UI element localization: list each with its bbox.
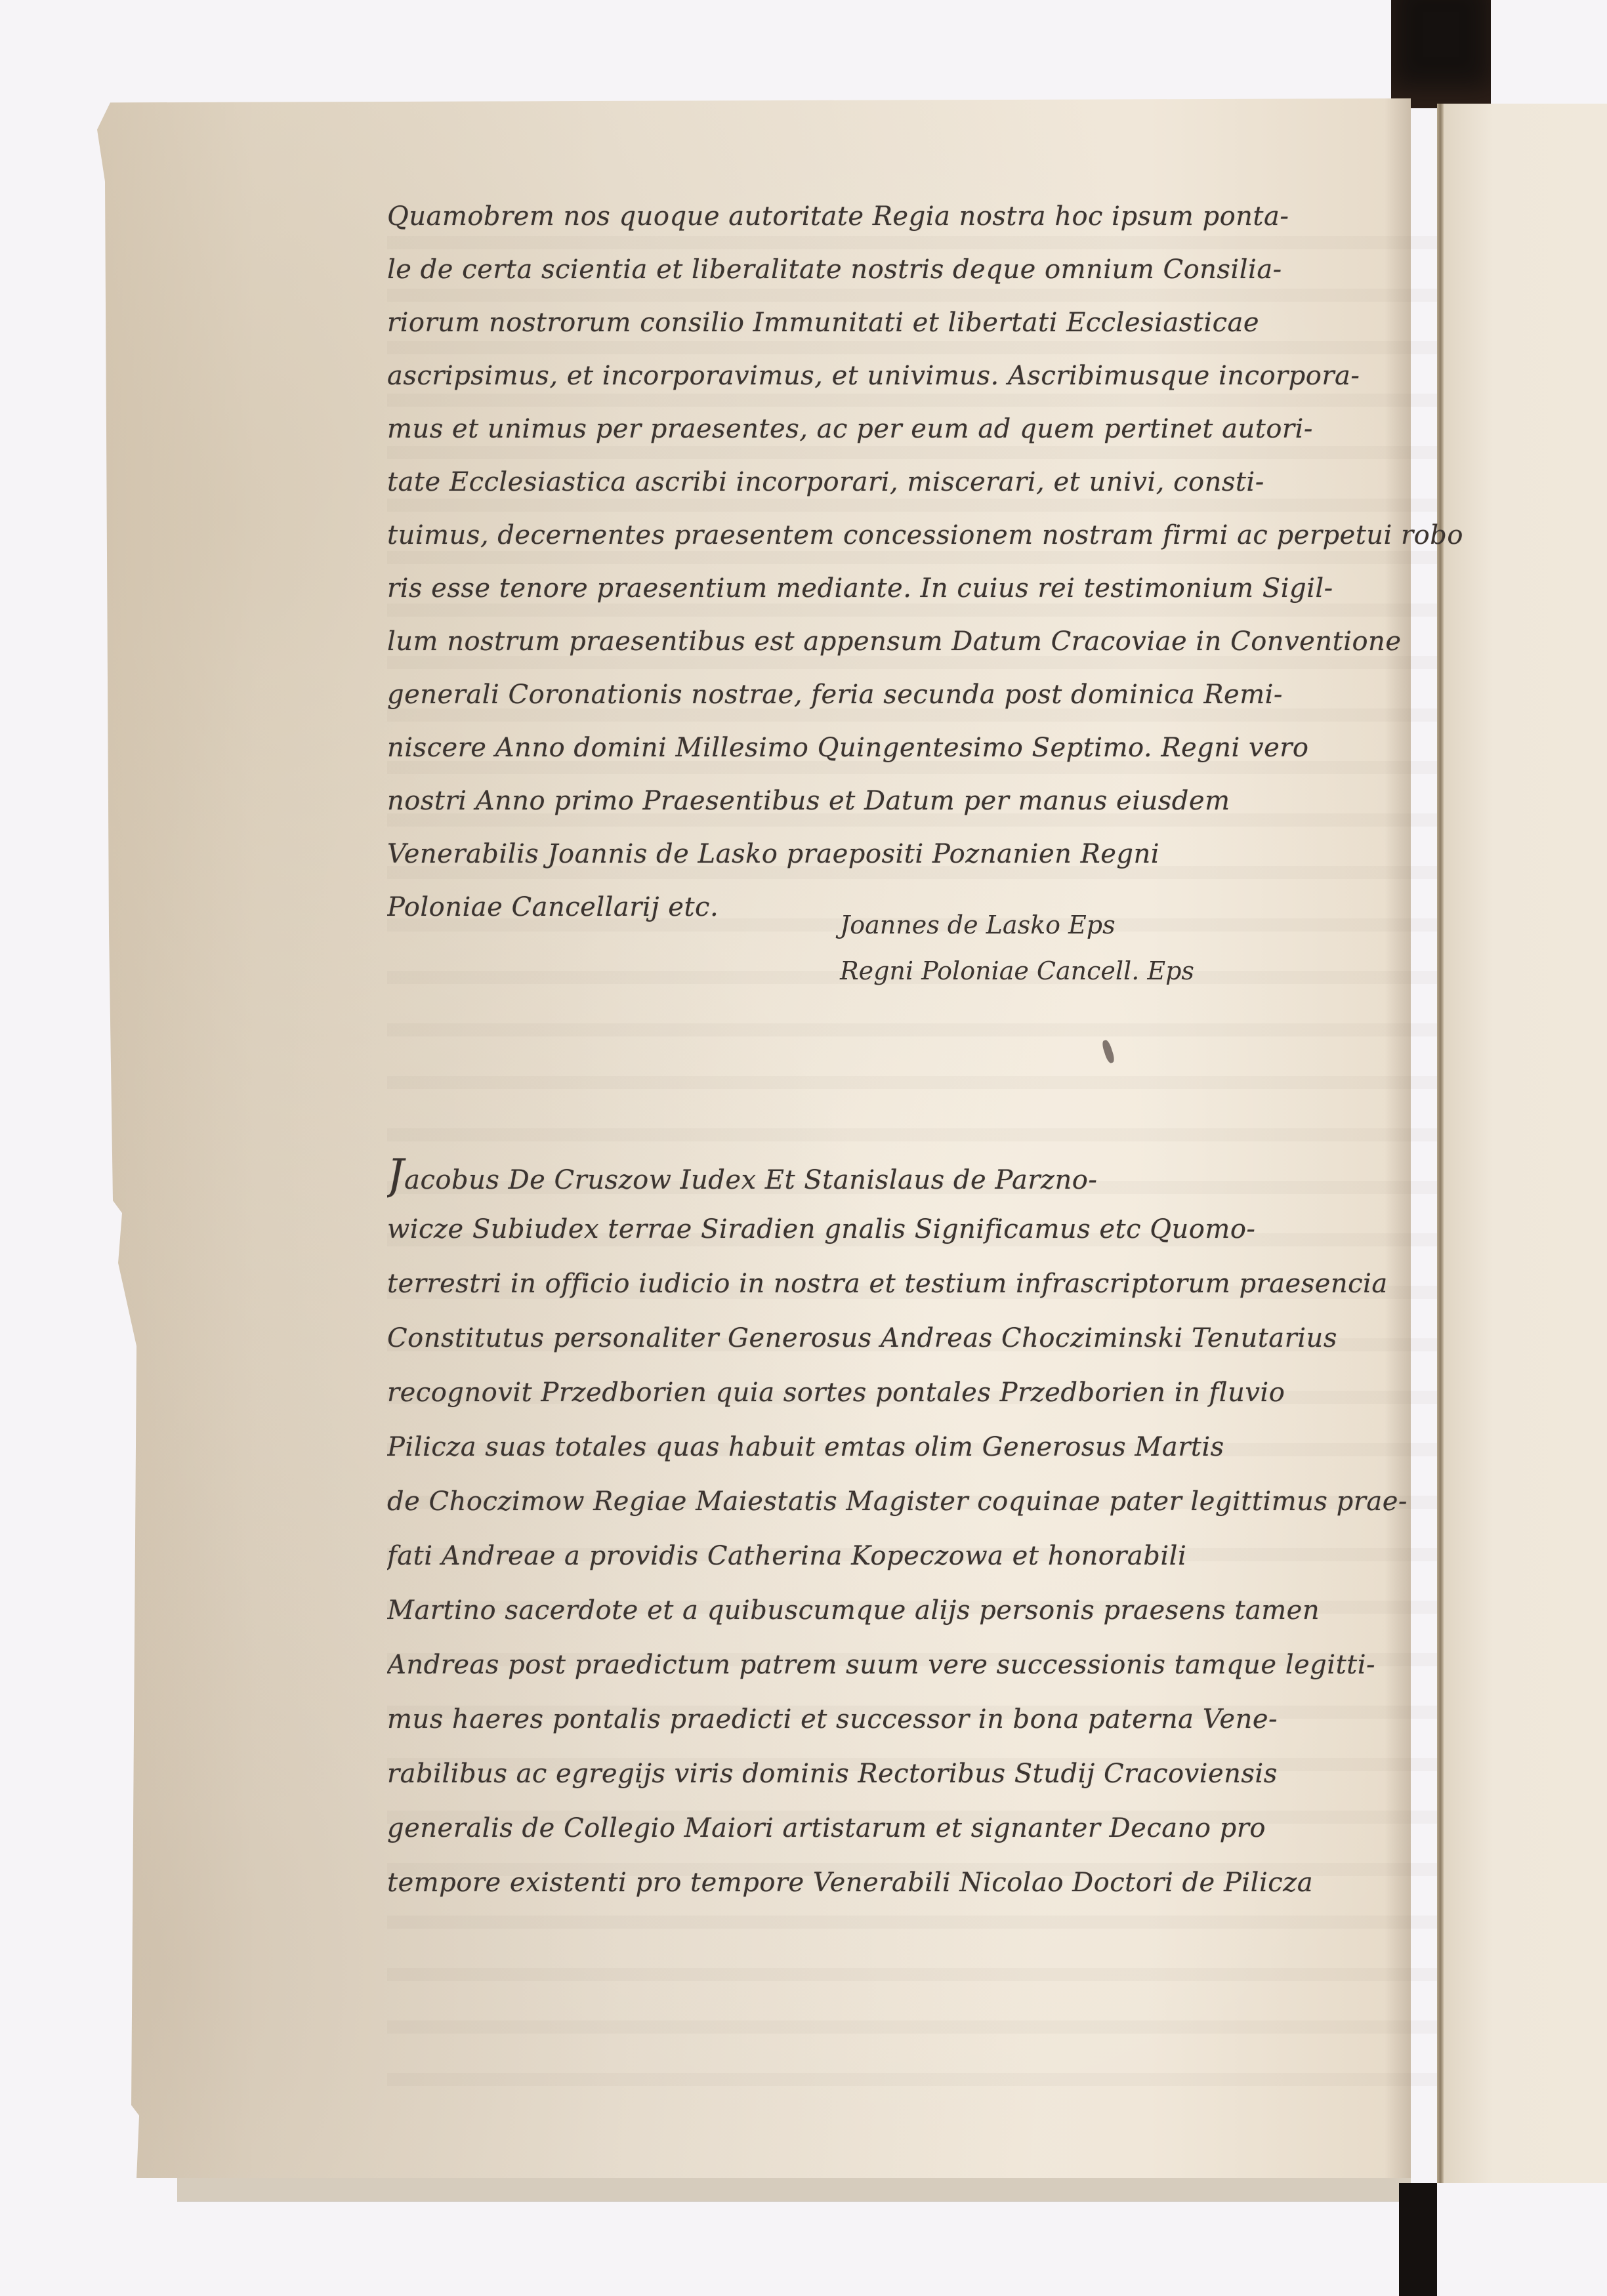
text-line: Venerabilis Joannis de Lasko praepositi … xyxy=(387,828,1463,881)
text-line: terrestri in officio iudicio in nostra e… xyxy=(387,1257,1463,1311)
court-record-text-block: Jacobus De Cruszow Iudex Et Stanislaus d… xyxy=(387,1148,1463,1910)
text-line: tuimus, decernentes praesentem concessio… xyxy=(387,509,1463,562)
text-line: tate Ecclesiastica ascribi incorporari, … xyxy=(387,456,1463,509)
text-line-with-initial: Jacobus De Cruszow Iudex Et Stanislaus d… xyxy=(387,1148,1463,1202)
chancellor-signature: Joannes de Lasko Eps Regni Poloniae Canc… xyxy=(840,902,1194,994)
text-line: ris esse tenore praesentium mediante. In… xyxy=(387,562,1463,615)
text-line: wicze Subiudex terrae Siradien gnalis Si… xyxy=(387,1202,1463,1257)
text-line: lum nostrum praesentibus est appensum Da… xyxy=(387,615,1463,668)
text-line: acobus De Cruszow Iudex Et Stanislaus de… xyxy=(404,1165,1097,1195)
text-line: Martino sacerdote et a quibuscumque alij… xyxy=(387,1584,1463,1638)
text-line: rabilibus ac egregijs viris dominis Rect… xyxy=(387,1747,1463,1801)
text-line: tempore existenti pro tempore Venerabili… xyxy=(387,1856,1463,1910)
text-line: mus haeres pontalis praedicti et success… xyxy=(387,1692,1463,1747)
signature-line: Regni Poloniae Cancell. Eps xyxy=(840,948,1194,994)
decorated-initial: J xyxy=(387,1151,404,1199)
text-line: de Choczimow Regiae Maiestatis Magister … xyxy=(387,1475,1463,1529)
text-line: Quamobrem nos quoque autoritate Regia no… xyxy=(387,190,1463,243)
text-line: recognovit Przedborien quia sortes ponta… xyxy=(387,1366,1463,1420)
text-line: Constitutus personaliter Generosus Andre… xyxy=(387,1311,1463,1366)
text-line: Pilicza suas totales quas habuit emtas o… xyxy=(387,1420,1463,1475)
text-line: ascripsimus, et incorporavimus, et univi… xyxy=(387,350,1463,403)
text-line: generalis de Collegio Maiori artistarum … xyxy=(387,1801,1463,1856)
text-line: Andreas post praedictum patrem suum vere… xyxy=(387,1638,1463,1692)
signature-line: Joannes de Lasko Eps xyxy=(840,902,1194,948)
bookmark-ribbon-bottom xyxy=(1399,2183,1437,2296)
text-line: nostri Anno primo Praesentibus et Datum … xyxy=(387,775,1463,828)
text-line: niscere Anno domini Millesimo Quingentes… xyxy=(387,722,1463,775)
text-line: generali Coronationis nostrae, feria sec… xyxy=(387,668,1463,722)
bookmark-ribbon-top xyxy=(1391,0,1491,108)
text-line: mus et unimus per praesentes, ac per eum… xyxy=(387,403,1463,456)
text-line: fati Andreae a providis Catherina Kopecz… xyxy=(387,1529,1463,1584)
text-line: riorum nostrorum consilio Immunitati et … xyxy=(387,297,1463,350)
text-line: le de certa scientia et liberalitate nos… xyxy=(387,243,1463,297)
facing-page xyxy=(1444,104,1607,2183)
charter-text-block: Quamobrem nos quoque autoritate Regia no… xyxy=(387,190,1463,934)
